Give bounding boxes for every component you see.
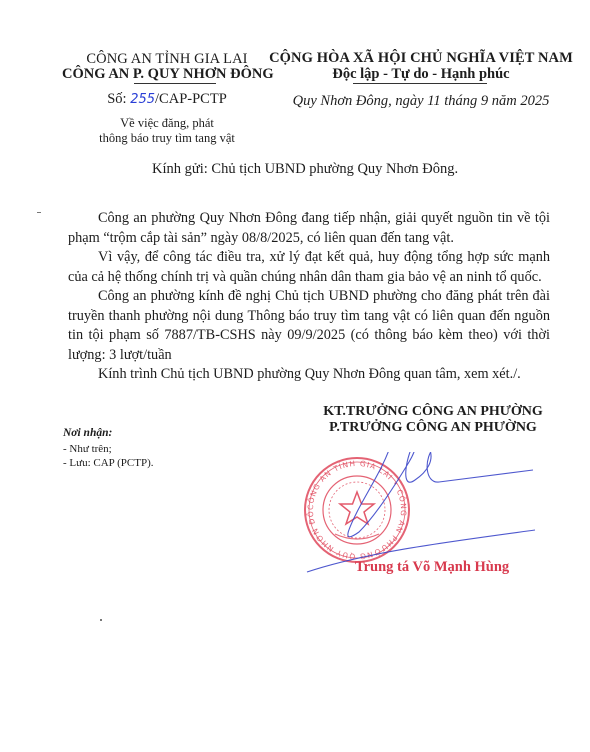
doc-number-prefix: Số: [107,91,130,107]
body-paragraph: Công an phường Quy Nhơn Đông đang tiếp n… [68,209,550,248]
agency-name: CÔNG AN P. QUY NHƠN ĐÔNG [62,67,272,82]
document-subject: Về việc đăng, phát thông báo truy tìm ta… [62,116,272,146]
recipients-list: Nơi nhận: - Như trên; - Lưu: CAP (PCTP). [63,426,154,470]
national-title: CỘNG HÒA XÃ HỘI CHỦ NGHĨA VIỆT NAM [262,50,580,66]
agency-name-text: CÔNG AN P. QUY NHƠN ĐÔNG [62,66,274,82]
doc-number-handwritten: 255 [130,92,155,107]
issuing-agency-block: CÔNG AN TỈNH GIA LAI CÔNG AN P. QUY NHƠN… [62,52,272,146]
signature-title-2: P.TRƯỞNG CÔNG AN PHƯỜNG [298,420,568,436]
signer-name: Trung tá Võ Mạnh Hùng [355,559,509,576]
scan-speck [100,619,102,621]
recipients-list-item: - Như trên; [63,442,154,456]
national-header-block: CỘNG HÒA XÃ HỘI CHỦ NGHĨA VIỆT NAM Độc l… [262,50,580,110]
subject-line-2: thông báo truy tìm tang vật [62,131,272,146]
signature-title-1: KT.TRƯỞNG CÔNG AN PHƯỜNG [298,404,568,420]
recipient-line: Kính gửi: Chủ tịch UBND phường Quy Nhơn … [152,161,458,178]
recipients-list-title: Nơi nhận: [63,426,154,440]
document-number: Số: 255/CAP-PCTP [62,91,272,108]
scan-speck [37,212,41,213]
motto-underline [353,83,487,84]
body-paragraph: Vì vậy, để công tác điều tra, xử lý đạt … [68,248,550,287]
body-paragraph: Công an phường kính đề nghị Chủ tịch UBN… [68,287,550,365]
national-motto: Độc lập - Tự do - Hạnh phúc [262,66,580,82]
subject-line-1: Về việc đăng, phát [62,116,272,131]
document-body: Công an phường Quy Nhơn Đông đang tiếp n… [68,209,550,385]
recipients-list-item: - Lưu: CAP (PCTP). [63,456,154,470]
motto-text: Độc lập - Tự do - Hạnh phúc [332,66,509,82]
doc-number-suffix: /CAP-PCTP [155,91,227,107]
signature-title-block: KT.TRƯỞNG CÔNG AN PHƯỜNG P.TRƯỞNG CÔNG A… [298,404,568,436]
body-paragraph: Kính trình Chủ tịch UBND phường Quy Nhơn… [68,365,550,385]
place-and-date: Quy Nhơn Đông, ngày 11 tháng 9 năm 2025 [262,93,580,110]
svg-text:CÔNG AN TỈNH GIA LAI • CÔNG AN: CÔNG AN TỈNH GIA LAI • CÔNG AN PHƯỜNG QU… [297,452,408,561]
agency-underline [134,83,216,84]
agency-parent: CÔNG AN TỈNH GIA LAI [62,52,272,67]
